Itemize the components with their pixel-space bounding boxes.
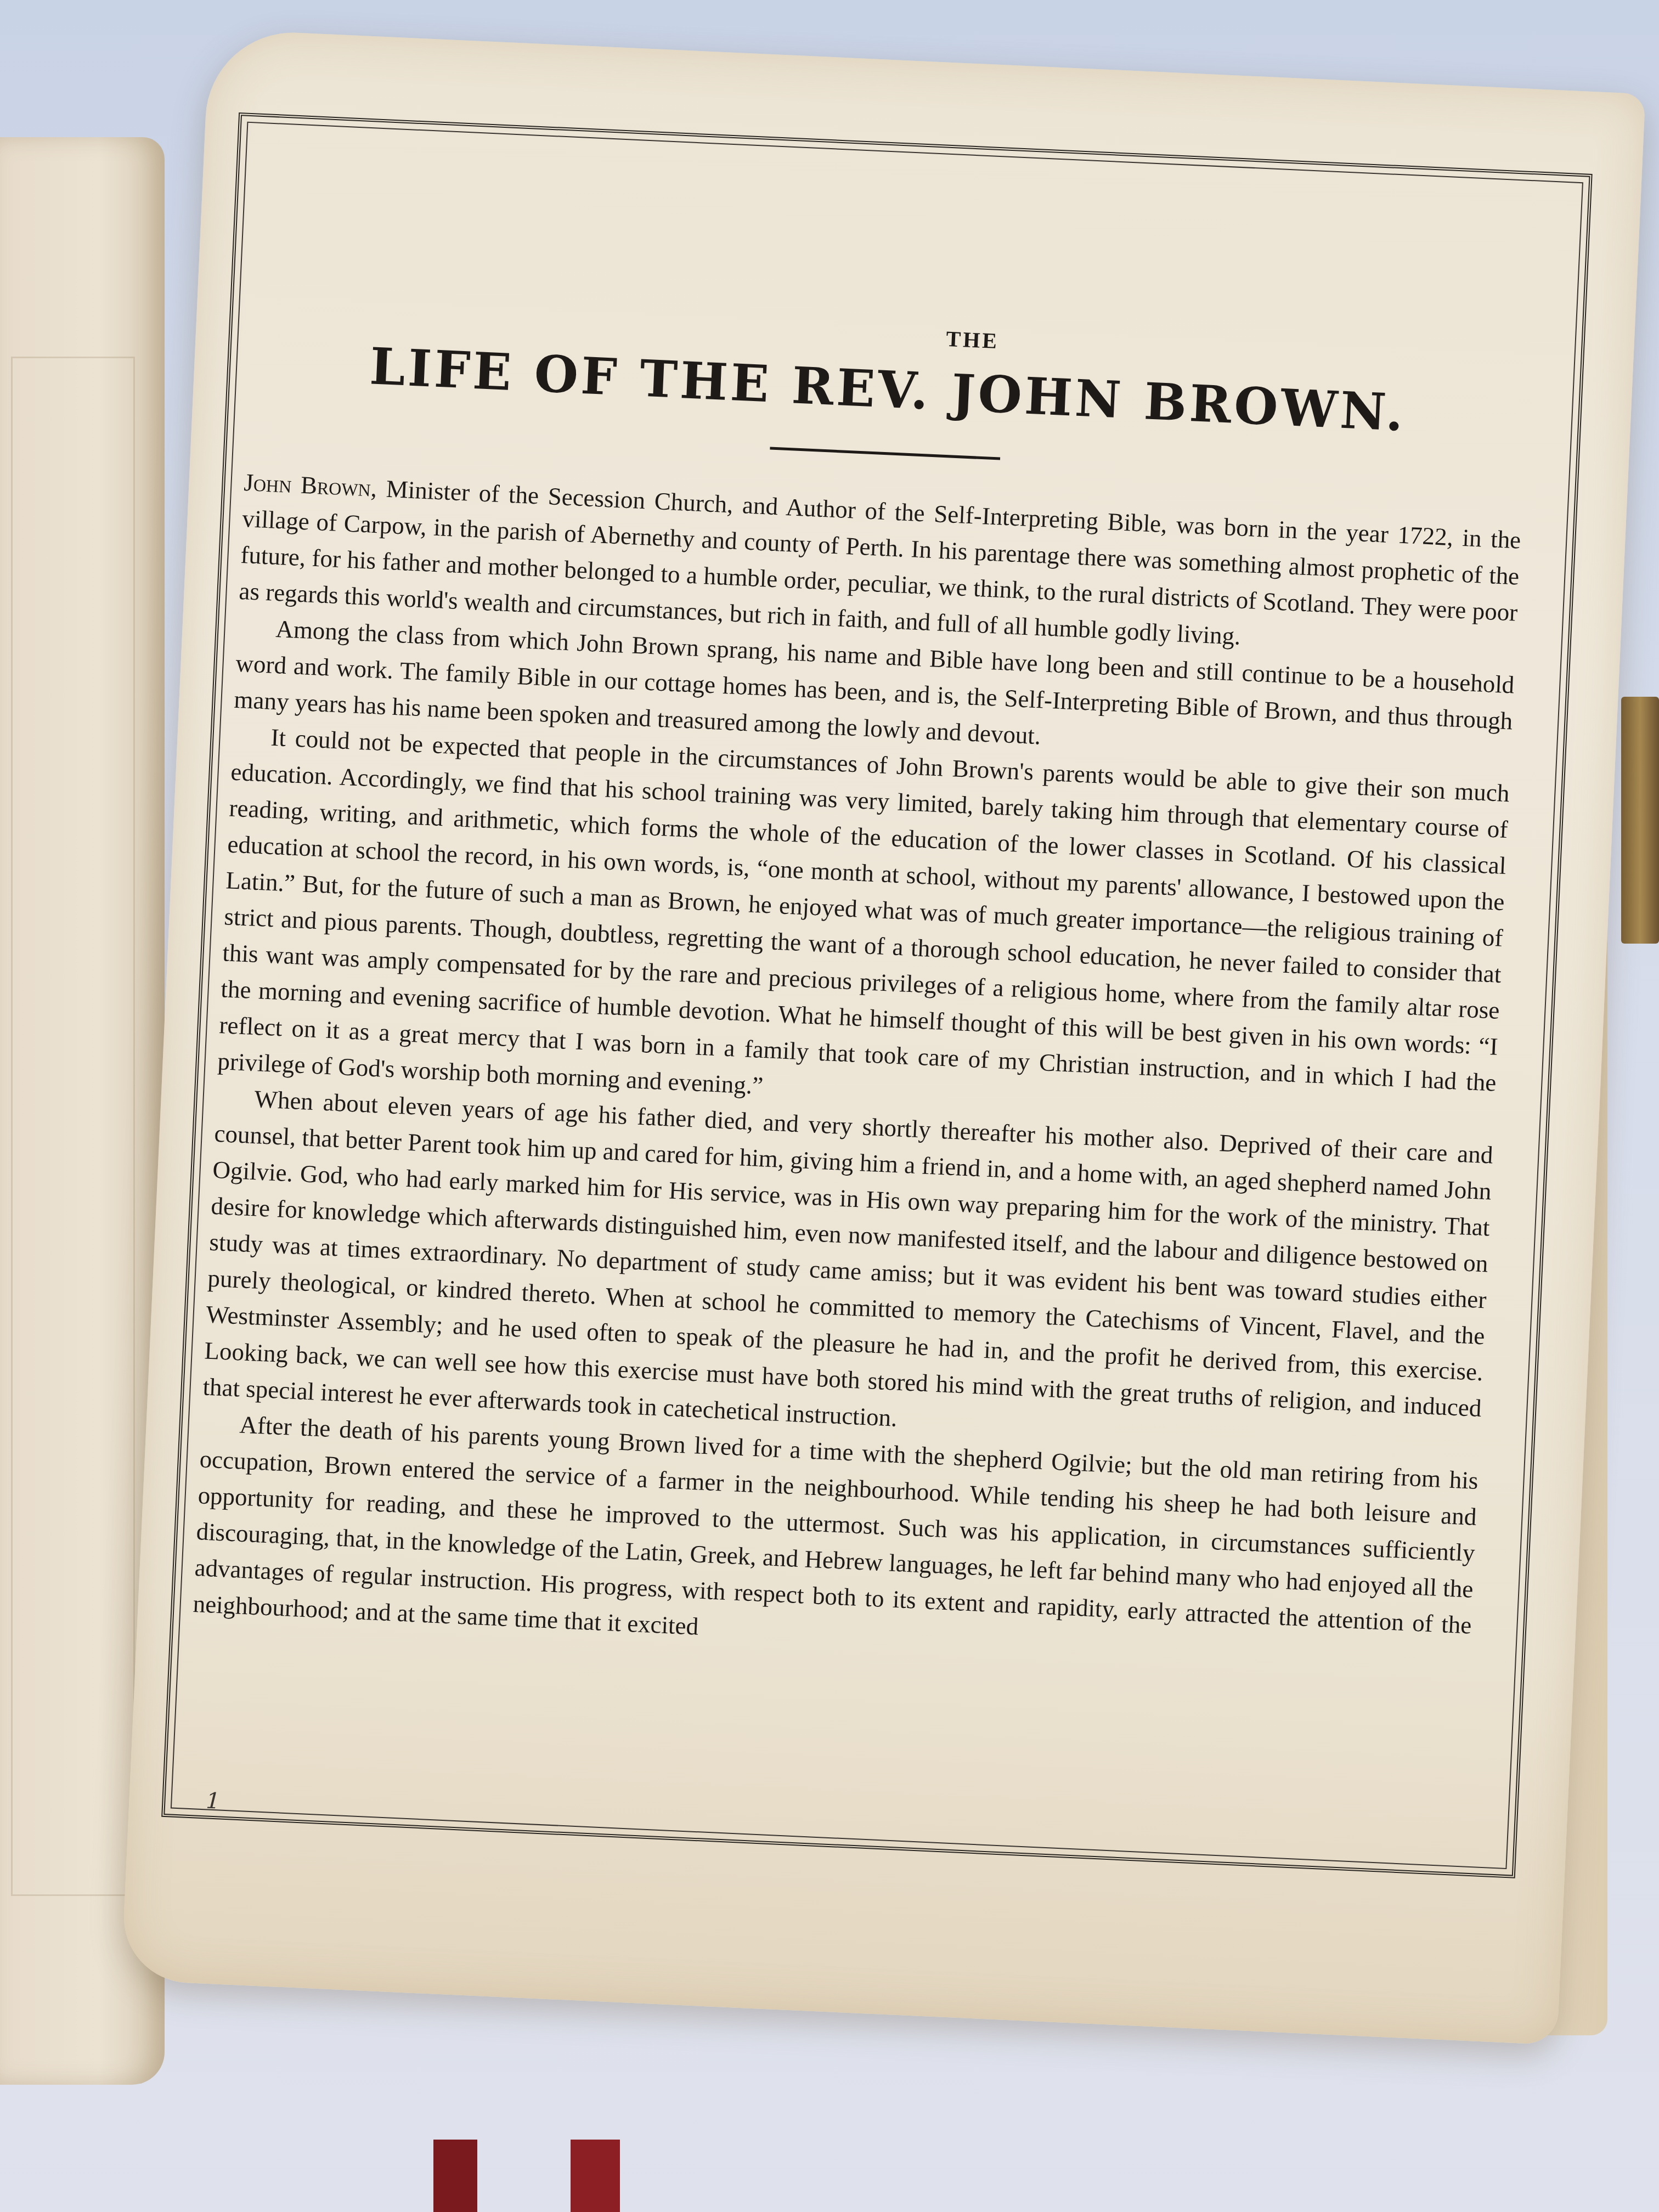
page-content: THE LIFE OF THE REV. JOHN BROWN. John Br… xyxy=(192,294,1529,1679)
title-rule xyxy=(770,447,1000,460)
paragraph: It could not be expected that people in … xyxy=(217,718,1510,1137)
page-number: 1 xyxy=(206,1788,221,1814)
left-page-border xyxy=(11,357,135,1896)
ribbon-bookmark[interactable] xyxy=(433,2140,477,2212)
lead-name: John Brown xyxy=(244,469,371,501)
paragraph: When about eleven years of age his fathe… xyxy=(202,1079,1494,1463)
ribbon-bookmark[interactable] xyxy=(571,2140,620,2212)
book-page: THE LIFE OF THE REV. JOHN BROWN. John Br… xyxy=(121,29,1646,2045)
metal-clasp-right xyxy=(1621,697,1659,944)
